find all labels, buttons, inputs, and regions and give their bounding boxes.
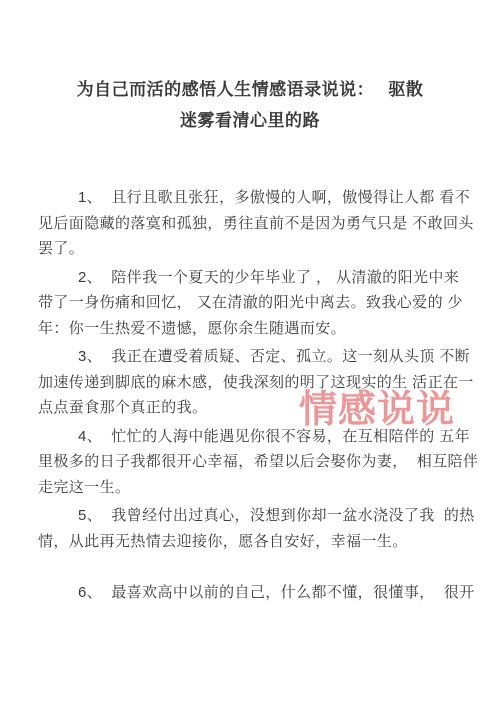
document-body: 1、 且行且歌且张狂，多傲慢的人啊，傲慢得让人都 看不 见后面隐藏的落寞和孤独，… bbox=[38, 185, 468, 609]
document-page: 为自己而活的感悟人生情感语录说说： 驱散 迷雾看清心里的路 1、 且行且歌且张狂… bbox=[0, 0, 500, 708]
paragraph-2: 2、 陪伴我一个夏天的少年毕业了 ， 从清澈的阳光中来 带了一身伤痛和回忆， 又… bbox=[38, 265, 468, 342]
paragraph-3: 3、 我正在遭受着质疑、否定、孤立。这一刻从头顶 不断 加速传递到脚底的麻木感，… bbox=[38, 344, 468, 421]
paragraph-5: 5、 我曾经付出过真心，没想到你却一盆水浇没了我 的热 情，从此再无热情去迎接你… bbox=[38, 503, 468, 554]
paragraph-6: 6、 最喜欢高中以前的自己，什么都不懂，很懂事， 很开 bbox=[38, 580, 468, 606]
paragraph-1: 1、 且行且歌且张狂，多傲慢的人啊，傲慢得让人都 看不 见后面隐藏的落寞和孤独，… bbox=[38, 185, 468, 262]
page-title: 为自己而活的感悟人生情感语录说说： 驱散 迷雾看清心里的路 bbox=[0, 74, 500, 136]
paragraph-4: 4、 忙忙的人海中能遇见你很不容易，在互相陪伴的 五年 里极多的日子我都很开心幸… bbox=[38, 424, 468, 501]
